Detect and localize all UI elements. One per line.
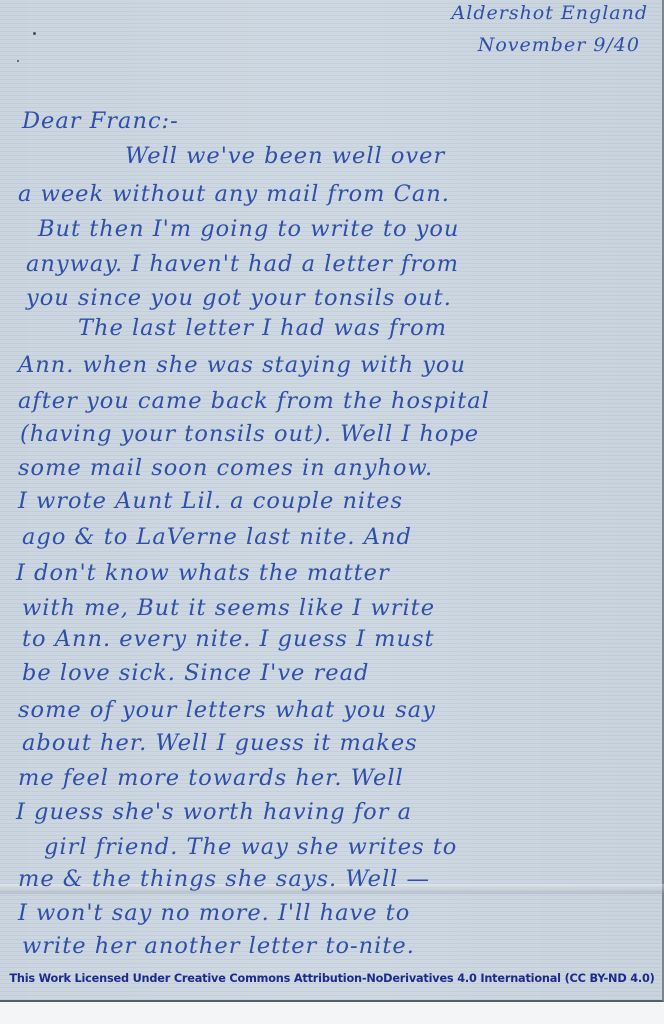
letter-line: you since you got your tonsils out. xyxy=(26,285,452,311)
letter-line: anyway. I haven't had a letter from xyxy=(26,251,459,277)
letter-line: with me, But it seems like I write xyxy=(22,595,435,621)
letter-line: Ann. when she was staying with you xyxy=(18,352,466,378)
letter-date: November 9/40 xyxy=(478,34,640,56)
letter-place: Aldershot England xyxy=(452,2,648,24)
letter-line: I guess she's worth having for a xyxy=(16,799,412,825)
letter-line: after you came back from the hospital xyxy=(18,388,490,414)
letter-line: to Ann. every nite. I guess I must xyxy=(22,626,435,652)
paper-speck xyxy=(33,32,36,35)
letter-line: I wrote Aunt Lil. a couple nites xyxy=(18,488,403,514)
letter-salutation: Dear Franc:- xyxy=(22,108,179,134)
letter-line: about her. Well I guess it makes xyxy=(22,730,418,756)
license-notice: This Work Licensed Under Creative Common… xyxy=(0,972,664,985)
letter-line: girl friend. The way she writes to xyxy=(44,834,457,860)
letter-line: I won't say no more. I'll have to xyxy=(18,900,410,926)
letter-line: some mail soon comes in anyhow. xyxy=(18,455,433,481)
letter-line: write her another letter to-nite. xyxy=(22,933,415,959)
letter-line: The last letter I had was from xyxy=(78,315,447,341)
letter-line: me feel more towards her. Well xyxy=(18,765,404,791)
letter-line: Well we've been well over xyxy=(125,143,445,169)
letter-line: ago & to LaVerne last nite. And xyxy=(22,524,412,550)
letter-line: be love sick. Since I've read xyxy=(22,660,369,686)
paper-speck xyxy=(17,60,19,62)
letter-page: Aldershot England November 9/40 Dear Fra… xyxy=(0,0,664,1002)
letter-line: me & the things she says. Well — xyxy=(18,866,430,892)
letter-line: I don't know whats the matter xyxy=(16,560,390,586)
letter-line: a week without any mail from Can. xyxy=(18,181,450,207)
letter-line: (having your tonsils out). Well I hope xyxy=(20,421,479,447)
letter-line: But then I'm going to write to you xyxy=(38,216,459,242)
letter-line: some of your letters what you say xyxy=(18,697,436,723)
